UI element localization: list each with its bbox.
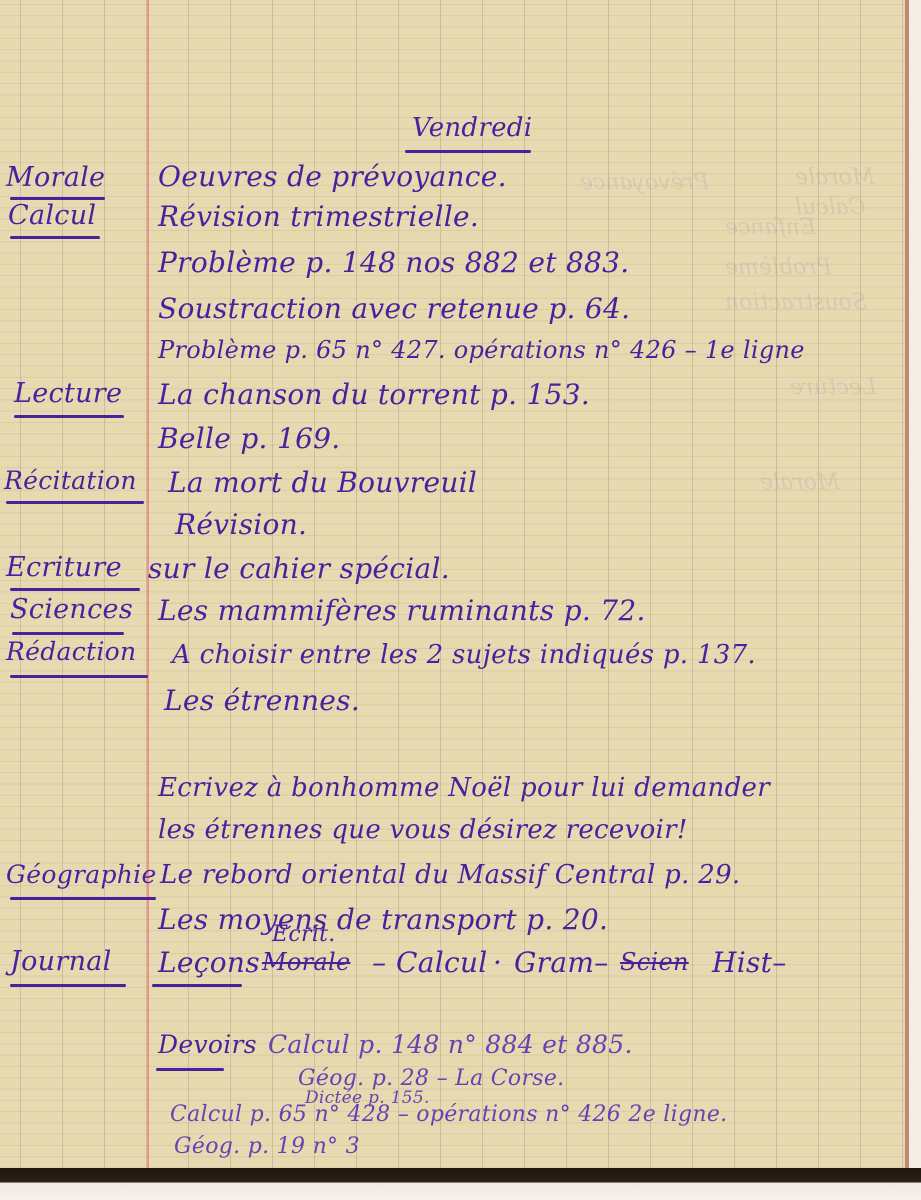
entry-line: Les moyens de transport p. 20. (158, 903, 608, 936)
entry-line: Problème p. 148 nos 882 et 883. (158, 246, 630, 279)
journal-struck-scien: Scien (620, 948, 689, 976)
page-right-strip (909, 0, 921, 1200)
subject-underline (10, 236, 100, 239)
ghost-text: Problème (725, 255, 832, 280)
entry-line: Belle p. 169. (158, 422, 341, 455)
journal-calcul: Calcul (396, 946, 488, 979)
ghost-text: Prévoyance (580, 170, 709, 195)
lecons-underline (152, 984, 242, 987)
subject-morale: Morale (6, 162, 105, 193)
subject-journal: Journal (10, 946, 112, 977)
devoirs-line: Géog. p. 19 n° 3 (174, 1134, 360, 1159)
entry-line: Révision trimestrielle. (158, 200, 479, 233)
subject-lecture: Lecture (14, 378, 122, 409)
subject-underline (10, 984, 126, 987)
subject-ecriture: Ecriture (6, 552, 122, 583)
subject-underline (10, 675, 148, 678)
entry-line: Révision. (175, 508, 307, 541)
entry-line: Les étrennes. (164, 684, 360, 717)
ghost-text: Soustraction (725, 290, 867, 315)
devoirs-label: Devoirs (158, 1030, 257, 1059)
title-underline (405, 150, 531, 153)
journal-lecons: Leçons (158, 946, 260, 979)
entry-line: Le rebord oriental du Massif Central p. … (160, 860, 741, 890)
entry-line: Oeuvres de prévoyance. (158, 160, 507, 193)
entry-line: A choisir entre les 2 sujets indiqués p.… (172, 640, 756, 670)
devoirs-underline (156, 1068, 224, 1071)
journal-sep: · (493, 946, 502, 979)
subject-calcul: Calcul (8, 200, 96, 231)
ghost-text: Lecture (790, 375, 877, 400)
subject-redaction: Rédaction (6, 637, 136, 666)
entry-line: Ecrivez à bonhomme Noël pour lui demande… (158, 773, 770, 803)
subject-underline (10, 588, 140, 591)
page-title: Vendredi (412, 113, 532, 143)
ghost-text: Morale (795, 165, 874, 190)
journal-gram: Gram– (514, 946, 609, 979)
ghost-text: Enfance (725, 215, 816, 240)
journal-above-morale: Ecrit. (272, 922, 336, 947)
subject-geographie: Géographie (6, 860, 157, 889)
entry-line: La chanson du torrent p. 153. (158, 378, 590, 411)
ghost-text: Morale (760, 470, 839, 495)
entry-line: Soustraction avec retenue p. 64. (158, 292, 630, 325)
subject-underline (10, 897, 156, 900)
journal-hist: Hist– (712, 946, 787, 979)
subject-underline (14, 415, 124, 418)
subject-underline (6, 501, 144, 504)
page-bottom-edge (0, 1168, 921, 1200)
entry-line: Problème p. 65 n° 427. opérations n° 426… (158, 336, 805, 364)
journal-struck-morale: Morale (262, 948, 350, 976)
entry-line: Les mammifères ruminants p. 72. (158, 594, 646, 627)
journal-sep: – (372, 946, 386, 979)
subject-sciences: Sciences (10, 594, 133, 625)
entry-line: La mort du Bouvreuil (168, 466, 477, 499)
subject-underline (12, 632, 124, 635)
entry-line: sur le cahier spécial. (148, 552, 450, 585)
entry-line: les étrennes que vous désirez recevoir! (158, 815, 688, 845)
devoirs-line: Calcul p. 65 n° 428 – opérations n° 426 … (170, 1102, 727, 1127)
subject-recitation: Récitation (4, 466, 137, 495)
devoirs-line: Calcul p. 148 n° 884 et 885. (268, 1030, 633, 1059)
